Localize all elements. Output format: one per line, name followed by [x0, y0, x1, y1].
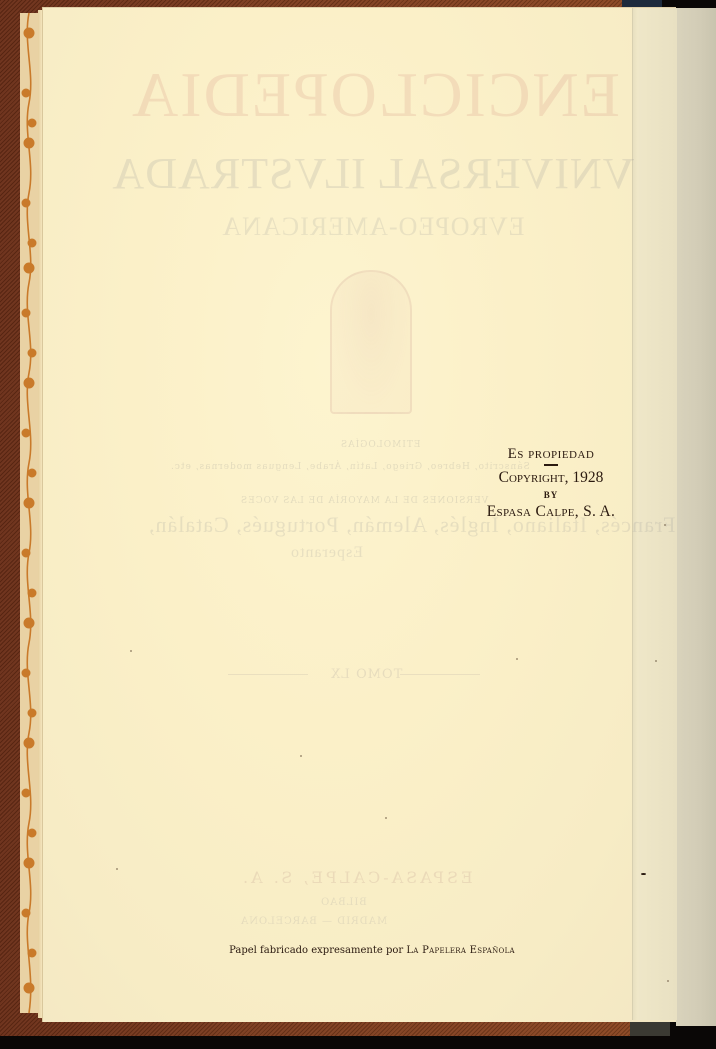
ink-speck [641, 873, 646, 875]
paper-speck [130, 650, 132, 652]
paper-speck [655, 660, 657, 662]
show-through-small-line: VERSIONES DE LA MAYORÍA DE LAS VOCES [240, 496, 488, 506]
show-through-emblem-icon [330, 270, 412, 414]
show-through-title: ENCICLOPEDIA [110, 58, 640, 132]
by-label: BY [458, 488, 644, 502]
show-through-cities: MADRID — BARCELONA [240, 916, 387, 927]
paper-speck [516, 658, 518, 660]
scanned-page-image: ENCICLOPEDIA VNIVERSAL ILVSTRADA EVROPEO… [0, 0, 716, 1049]
binding-edge-bottom [630, 1020, 670, 1036]
floral-vine-icon [20, 13, 38, 1013]
paper-speck [116, 868, 118, 870]
show-through-rule [400, 674, 480, 675]
floral-endpaper-strip [20, 13, 39, 1013]
show-through-small-line: ETIMOLOGÍAS [340, 440, 421, 450]
show-through-volume: TOMO LX [330, 667, 402, 682]
paper-speck [664, 524, 666, 526]
show-through-subtitle: VNIVERSAL ILVSTRADA [108, 148, 638, 199]
show-through-city: BILBAO [320, 897, 367, 908]
show-through-publisher: ESPASA-CALPE, S. A. [240, 868, 473, 887]
paper-speck [385, 817, 387, 819]
copyright-year: Copyright, 1928 [458, 468, 644, 488]
paper-manufacturer-name: La Papelera Española [406, 945, 515, 956]
binding-edge-top [622, 0, 662, 7]
paper-note-text: Papel fabricado expresamente por [229, 945, 406, 956]
paper-speck [300, 755, 302, 757]
show-through-languages-2: Esperanto [290, 544, 363, 562]
copyright-notice: Es propiedad Copyright, 1928 BY Espasa C… [458, 444, 644, 522]
next-page-edge [676, 8, 716, 1026]
show-through-rule [228, 674, 308, 675]
separator-dash [544, 464, 558, 466]
publisher-name: Espasa Calpe, S. A. [458, 502, 644, 522]
show-through-subtitle-2: EVROPEO-AMERICANA [198, 212, 548, 242]
paper-manufacturer-note: Papel fabricado expresamente por La Pape… [222, 945, 522, 956]
property-statement: Es propiedad [458, 444, 644, 464]
paper-speck [667, 980, 669, 982]
